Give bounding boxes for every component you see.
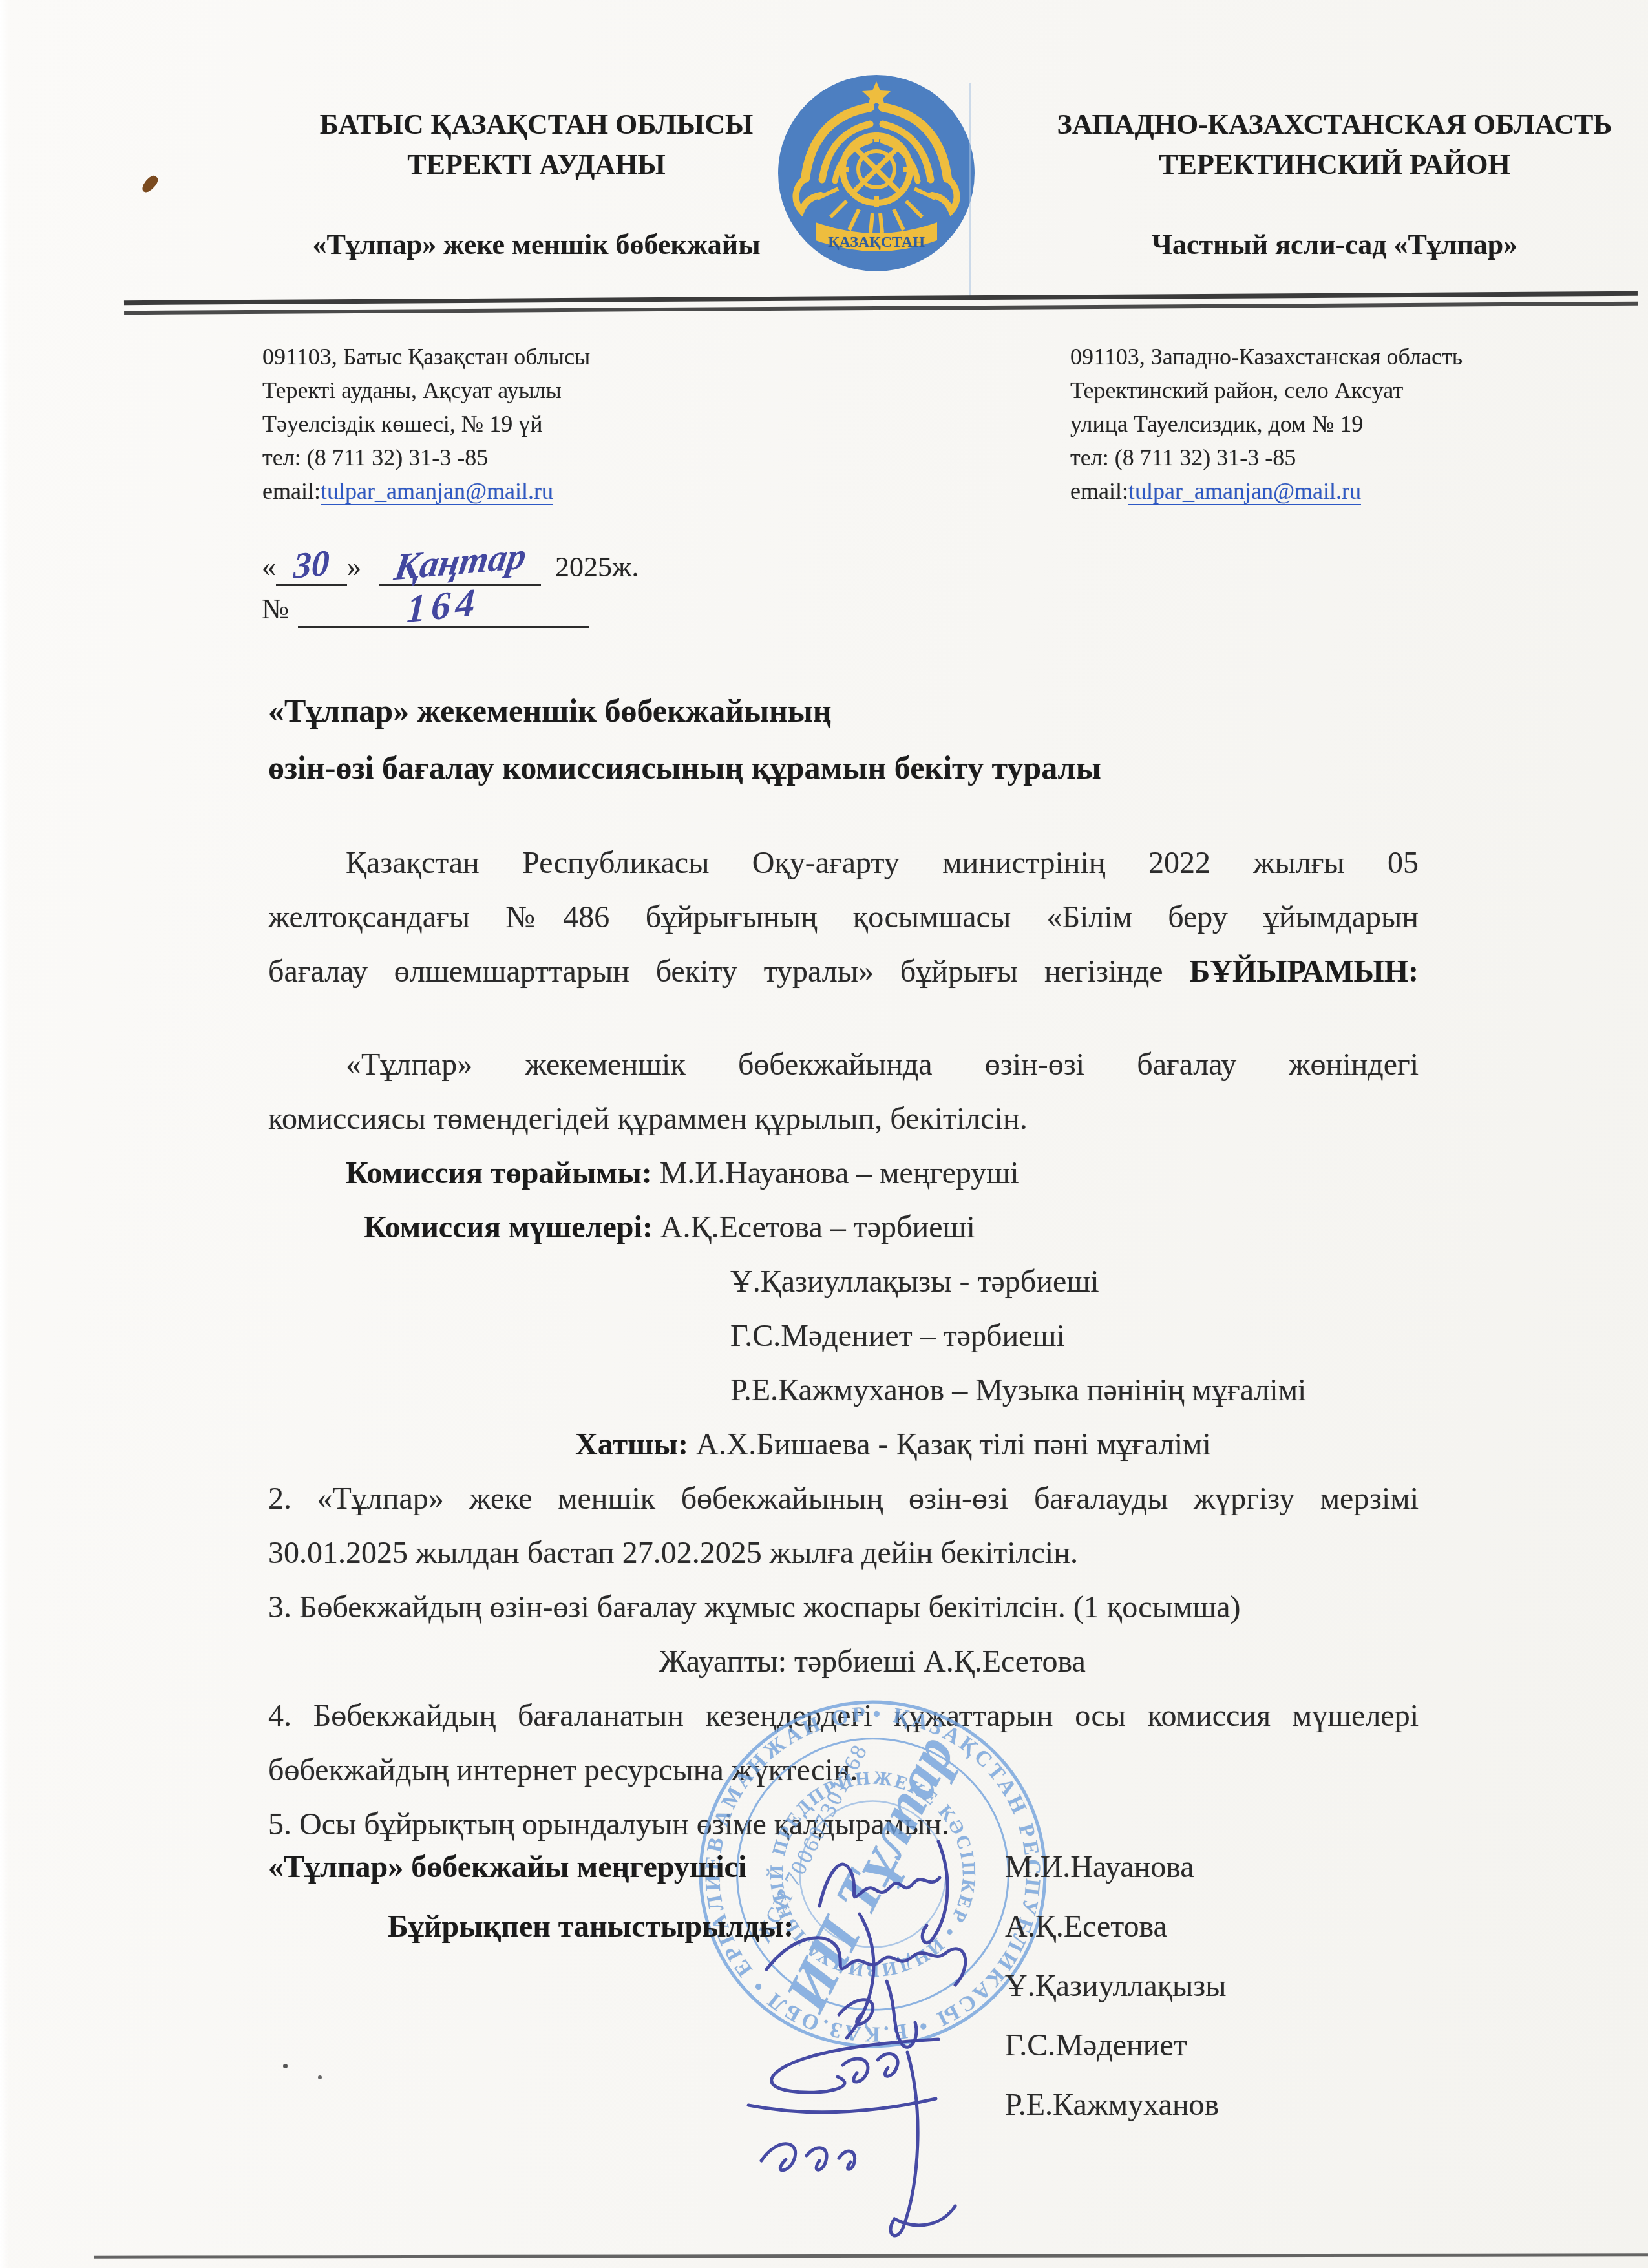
date-row: «30»Қаңтар2025ж. — [262, 551, 639, 586]
address-right-email-row: email:tulpar_amanjan@mail.ru — [1070, 474, 1463, 508]
address-left-email-row: email:tulpar_amanjan@mail.ru — [262, 474, 590, 508]
address-left-line3: Тәуелсіздік көшесі, № 19 үй — [262, 407, 590, 441]
member-4: Р.Е.Кажмуханов – Музыка пәнінің мұғалімі — [730, 1363, 1419, 1418]
signatory-name-3: Ұ.Қазиуллақызы — [1005, 1968, 1227, 2004]
members-label: Комиссия мүшелері: — [364, 1210, 653, 1244]
item3-responsible: Жауапты: тәрбиеші А.Қ.Есетова — [659, 1635, 1419, 1689]
email-label: email: — [262, 478, 321, 504]
scan-bottom-edge — [94, 2253, 1648, 2258]
paper-speck — [140, 173, 160, 194]
paragraph1-line1: Қазақстан Республикасы Оқу-ағарту минист… — [268, 836, 1419, 890]
address-right-line2: Теректинский район, село Аксуат — [1070, 373, 1463, 407]
address-block-russian: 091103, Западно-Казахстанская область Те… — [1070, 340, 1463, 508]
secretary-label: Хатшы: — [575, 1427, 688, 1462]
secretary-row: Хатшы: А.Х.Бишаева - Қазақ тілі пәні мұғ… — [575, 1418, 1419, 1472]
paragraph1-line3-text: бағалау өлшемшарттарын бекіту туралы» бұ… — [268, 954, 1163, 989]
date-year: 2025ж. — [555, 551, 639, 583]
paragraph2-line1: «Тұлпар» жекеменшік бөбекжайында өзін-өз… — [268, 1038, 1419, 1092]
address-right-line1: 091103, Западно-Казахстанская область — [1070, 340, 1463, 373]
scan-seam-line — [969, 83, 971, 296]
emblem-banner-text: ҚАЗАҚСТАН — [828, 234, 925, 251]
order-title: «Тұлпар» жекеменшік бөбекжайының өзін-өз… — [268, 682, 1425, 796]
kazakhstan-state-emblem-icon: ҚАЗАҚСТАН — [773, 65, 980, 278]
address-left-line1: 091103, Батыс Қазақстан облысы — [262, 340, 590, 373]
address-left-line4: тел: (8 711 32) 31-3 -85 — [262, 441, 590, 474]
email-link[interactable]: tulpar_amanjan@mail.ru — [321, 478, 553, 505]
paragraph1-line3: бағалау өлшемшарттарын бекіту туралы» бұ… — [268, 945, 1419, 999]
header-right-region-line2: ТЕРЕКТИНСКИЙ РАЙОН — [1011, 145, 1648, 185]
paragraph1-line2: желтоқсандағы №486 бұйрығының қосымшасы … — [268, 890, 1419, 945]
quote-close: » — [347, 551, 361, 583]
handwritten-month: Қаңтар — [393, 543, 528, 580]
signatory-name-4: Г.С.Мәдениет — [1005, 2028, 1187, 2063]
header-divider-rule — [124, 291, 1638, 315]
header-left-org-name: «Тұлпар» жеке меншік бөбекжайы — [213, 225, 860, 265]
member-2: Ұ.Қазиуллақызы - тәрбиеші — [730, 1255, 1419, 1309]
signatory-row-5: Р.Е.Кажмуханов — [268, 2087, 1425, 2147]
email-link[interactable]: tulpar_amanjan@mail.ru — [1128, 478, 1361, 505]
handwritten-order-number: 164 — [407, 589, 481, 622]
item2-line1: 2. «Тұлпар» жеке меншік бөбекжайының өзі… — [268, 1472, 1419, 1526]
paragraph2-line2: комиссиясы төмендегідей құраммен құрылып… — [268, 1092, 1419, 1146]
item3: 3. Бөбекжайдың өзін-өзі бағалау жұмыс жо… — [268, 1580, 1419, 1635]
handwritten-day: 30 — [293, 550, 330, 580]
header-left-region-line1: БАТЫС ҚАЗАҚСТАН ОБЛЫСЫ — [213, 105, 860, 145]
acknowledged-label: Бұйрықпен таныстырылды: — [388, 1909, 794, 1944]
scan-left-edge — [0, 0, 9, 2268]
header-right-org-name: Частный ясли-сад «Тұлпар» — [1011, 225, 1648, 265]
number-sign: № — [262, 593, 289, 625]
order-title-line1: «Тұлпар» жекеменшік бөбекжайының — [268, 682, 1425, 739]
secretary-value: А.Х.Бишаева - Қазақ тілі пәні мұғалімі — [696, 1427, 1211, 1462]
signature-block: «Тұлпар» бөбекжайы меңгерушісі М.И.Науан… — [268, 1849, 1425, 2147]
chair-value: М.И.Науанова – меңгеруші — [660, 1156, 1019, 1190]
member-1: А.Қ.Есетова – тәрбиеші — [660, 1210, 975, 1244]
item2-line2: 30.01.2025 жылдан бастап 27.02.2025 жылғ… — [268, 1526, 1419, 1580]
signatory-row-3: Ұ.Қазиуллақызы — [268, 1968, 1425, 2028]
order-number-blank: 164 — [298, 593, 589, 628]
order-title-line2: өзін-өзі бағалау комиссиясының құрамын б… — [268, 739, 1425, 796]
date-month-blank: Қаңтар — [379, 551, 541, 586]
address-block-kazakh: 091103, Батыс Қазақстан облысы Теректі а… — [262, 340, 590, 508]
address-right-line4: тел: (8 711 32) 31-3 -85 — [1070, 441, 1463, 474]
member-3: Г.С.Мәдениет – тәрбиеші — [730, 1309, 1419, 1363]
quote-open: « — [262, 551, 276, 583]
number-row: №164 — [262, 593, 639, 628]
manager-name: М.И.Науанова — [1005, 1849, 1194, 1885]
date-day-blank: 30 — [276, 551, 347, 586]
signatory-row-4: Г.С.Мәдениет — [268, 2028, 1425, 2087]
acknowledged-row: Бұйрықпен таныстырылды: А.Қ.Есетова — [268, 1909, 1425, 1968]
email-label: email: — [1070, 478, 1128, 504]
signatory-name-2: А.Қ.Есетова — [1005, 1909, 1167, 1944]
commission-members-row: Комиссия мүшелері: А.Қ.Есетова – тәрбиеш… — [364, 1201, 1419, 1255]
order-verb-bold: БҰЙЫРАМЫН: — [1190, 954, 1419, 989]
header-right-russian: ЗАПАДНО-КАЗАХСТАНСКАЯ ОБЛАСТЬ ТЕРЕКТИНСК… — [1011, 105, 1648, 265]
paper-dot — [318, 2075, 322, 2079]
commission-chair-row: Комиссия төрайымы: М.И.Науанова – меңгер… — [346, 1146, 1419, 1201]
header-left-region-line2: ТЕРЕКТІ АУДАНЫ — [213, 145, 860, 185]
address-left-line2: Теректі ауданы, Ақсуат ауылы — [262, 373, 590, 407]
paper-dot — [283, 2064, 288, 2068]
signatory-name-5: Р.Е.Кажмуханов — [1005, 2087, 1219, 2123]
scanned-order-document: БАТЫС ҚАЗАҚСТАН ОБЛЫСЫ ТЕРЕКТІ АУДАНЫ «Т… — [0, 0, 1648, 2268]
header-right-region-line1: ЗАПАДНО-КАЗАХСТАНСКАЯ ОБЛАСТЬ — [1011, 105, 1648, 145]
date-and-number-block: «30»Қаңтар2025ж. №164 — [262, 551, 639, 628]
header-left-kazakh: БАТЫС ҚАЗАҚСТАН ОБЛЫСЫ ТЕРЕКТІ АУДАНЫ «Т… — [213, 105, 860, 265]
manager-signature-row: «Тұлпар» бөбекжайы меңгерушісі М.И.Науан… — [268, 1849, 1425, 1909]
manager-label: «Тұлпар» бөбекжайы меңгерушісі — [268, 1850, 746, 1884]
chair-label: Комиссия төрайымы: — [346, 1156, 652, 1190]
address-right-line3: улица Тауелсиздик, дом № 19 — [1070, 407, 1463, 441]
